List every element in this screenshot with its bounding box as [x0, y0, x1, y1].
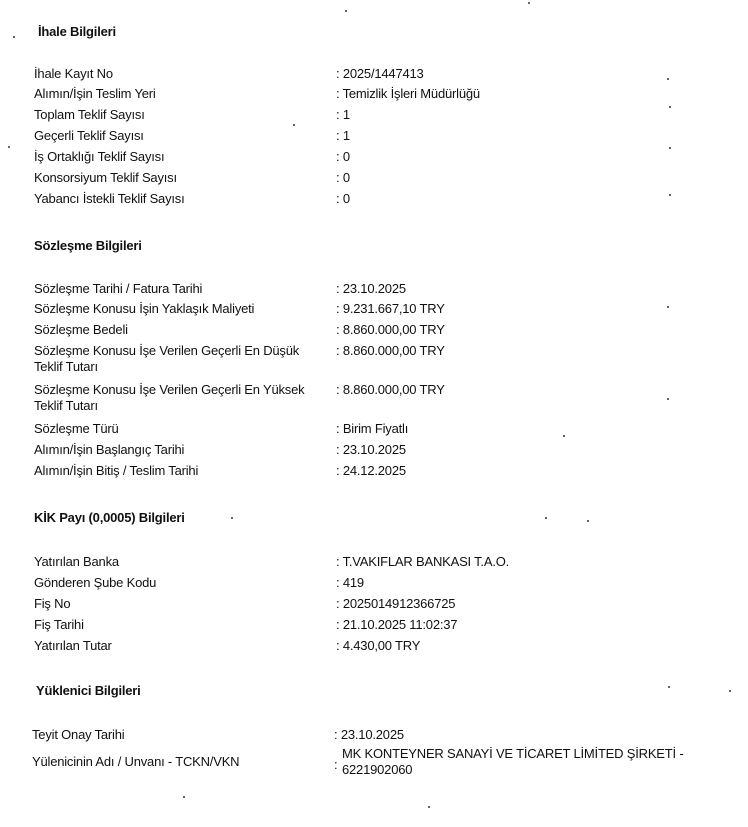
row-value: : 23.10.2025 — [336, 281, 716, 296]
row-value: : 4.430,00 TRY — [336, 638, 716, 653]
row-label: Konsorsiyum Teklif Sayısı — [34, 170, 334, 185]
row-value: : 8.860.000,00 TRY — [336, 322, 716, 337]
row-value: : Birim Fiyatlı — [336, 421, 716, 436]
row-value: : 21.10.2025 11:02:37 — [336, 617, 716, 632]
row-value: : 23.10.2025 — [334, 727, 714, 742]
scan-speck — [667, 78, 669, 80]
scan-speck — [231, 517, 233, 519]
section-title-sozlesme: Sözleşme Bilgileri — [34, 238, 142, 253]
scan-speck — [669, 194, 671, 196]
row-value: : 0 — [336, 149, 716, 164]
row-value: : 2025014912366725 — [336, 596, 716, 611]
row-value: : 8.860.000,00 TRY — [336, 382, 716, 397]
scan-speck — [668, 686, 670, 688]
row-value: : 23.10.2025 — [336, 442, 716, 457]
row-value: : 1 — [336, 128, 716, 143]
scan-speck — [183, 796, 185, 798]
scan-speck — [669, 106, 671, 108]
scan-speck — [428, 806, 430, 808]
row-label: Alımın/İşin Bitiş / Teslim Tarihi — [34, 463, 334, 478]
scan-speck — [667, 306, 669, 308]
row-label: Sözleşme Konusu İşin Yaklaşık Maliyeti — [34, 301, 334, 316]
row-label: Yatırılan Tutar — [34, 638, 334, 653]
row-value: MK KONTEYNER SANAYİ VE TİCARET LİMİTED Ş… — [342, 746, 722, 761]
scan-speck — [563, 435, 565, 437]
row-label-continued: Teklif Tutarı — [34, 398, 334, 413]
row-value: : 9.231.667,10 TRY — [336, 301, 716, 316]
row-label: Teyit Onay Tarihi — [32, 727, 332, 742]
row-label-continued: Teklif Tutarı — [34, 359, 334, 374]
row-value: : 419 — [336, 575, 716, 590]
row-label: Sözleşme Konusu İşe Verilen Geçerli En D… — [34, 343, 334, 358]
scan-speck — [345, 10, 347, 12]
section-title-yuklenici: Yüklenici Bilgileri — [36, 683, 141, 698]
row-value: : 24.12.2025 — [336, 463, 716, 478]
row-value: : 0 — [336, 191, 716, 206]
section-title-kik-payi: KİK Payı (0,0005) Bilgileri — [34, 510, 185, 525]
row-value: : 1 — [336, 107, 716, 122]
scan-speck — [528, 2, 530, 4]
row-label: Fiş Tarihi — [34, 617, 334, 632]
row-label: Geçerli Teklif Sayısı — [34, 128, 334, 143]
row-value: : 0 — [336, 170, 716, 185]
row-label: Fiş No — [34, 596, 334, 611]
scan-speck — [13, 36, 15, 38]
row-label: Alımın/İşin Başlangıç Tarihi — [34, 442, 334, 457]
row-label: Toplam Teklif Sayısı — [34, 107, 334, 122]
row-value: : Temizlik İşleri Müdürlüğü — [336, 86, 716, 101]
row-label: Alımın/İşin Teslim Yeri — [34, 86, 334, 101]
scan-speck — [669, 147, 671, 149]
row-label: Yatırılan Banka — [34, 554, 334, 569]
row-label: Gönderen Şube Kodu — [34, 575, 334, 590]
section-title-ihale: İhale Bilgileri — [38, 24, 116, 39]
row-value: : T.VAKIFLAR BANKASI T.A.O. — [336, 554, 716, 569]
row-label: Sözleşme Tarihi / Fatura Tarihi — [34, 281, 334, 296]
scan-speck — [545, 517, 547, 519]
scan-speck — [8, 146, 10, 148]
row-label: Sözleşme Konusu İşe Verilen Geçerli En Y… — [34, 382, 334, 397]
scan-speck — [729, 690, 731, 692]
row-label: Sözleşme Türü — [34, 421, 334, 436]
row-label: Yülenicinin Adı / Unvanı - TCKN/VKN — [32, 754, 332, 769]
scan-speck — [293, 124, 295, 126]
row-value-continued: 6221902060 — [342, 762, 722, 777]
scan-speck — [667, 398, 669, 400]
row-value: : 2025/1447413 — [336, 66, 716, 81]
row-label: Yabancı İstekli Teklif Sayısı — [34, 191, 334, 206]
scan-speck — [587, 520, 589, 522]
row-value: : 8.860.000,00 TRY — [336, 343, 716, 358]
row-label: İş Ortaklığı Teklif Sayısı — [34, 149, 334, 164]
row-value-colon: : — [334, 757, 337, 772]
row-label: Sözleşme Bedeli — [34, 322, 334, 337]
row-label: İhale Kayıt No — [34, 66, 334, 81]
